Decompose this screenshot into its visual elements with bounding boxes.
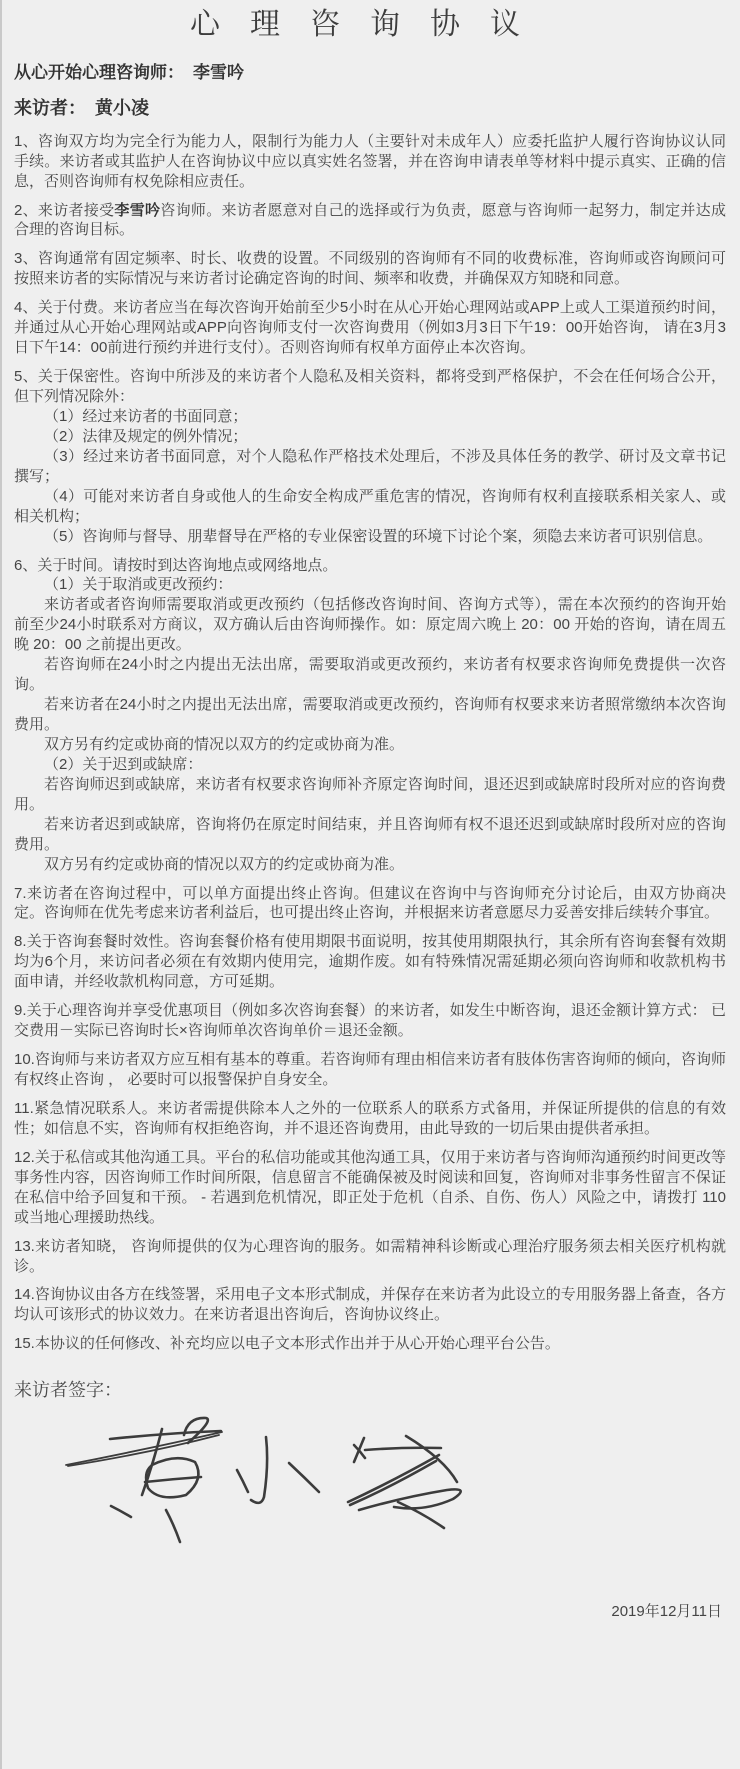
clause-6-item-2-detail-3: 双方另有约定或协商的情况以双方的约定或协商为准。 <box>14 855 726 875</box>
clause-9: 9.关于心理咨询并享受优惠项目（例如多次咨询套餐）的来访者，如发生中断咨询，退还… <box>14 1001 726 1041</box>
clause-6: 6、关于时间。请按时到达咨询地点或网络地点。 <box>14 556 726 576</box>
clause-6-item-2: （2）关于迟到或缺席： <box>14 755 726 775</box>
clause-5-item-1: （1）经过来访者的书面同意； <box>14 407 726 427</box>
counselor-name: 李雪吟 <box>193 63 244 82</box>
clause-6-item-1-detail-3: 若来访者在24小时之内提出无法出席，需要取消或更改预约，咨询师有权要求来访者照常… <box>14 695 726 735</box>
clause-2-prefix: 2、来访者接受 <box>14 202 114 219</box>
clause-6-item-1: （1）关于取消或更改预约： <box>14 575 726 595</box>
clause-6-item-1-detail-1: 来访者或者咨询师需要取消或更改预约（包括修改咨询时间、咨询方式等），需在本次预约… <box>14 595 726 655</box>
counselor-line: 从心开始心理咨询师：李雪吟 <box>14 60 726 86</box>
clause-11: 11.紧急情况联系人。来访者需提供除本人之外的一位联系人的联系方式备用，并保证所… <box>14 1099 726 1139</box>
clause-4: 4、关于付费。来访者应当在每次咨询开始前至少5小时在从心开始心理网站或APP上或… <box>14 298 726 358</box>
clause-12: 12.关于私信或其他沟通工具。平台的私信功能或其他沟通工具，仅用于来访者与咨询师… <box>14 1148 726 1228</box>
clause-14: 14.咨询协议由各方在线签署，采用电子文本形式制成，并保存在来访者为此设立的专用… <box>14 1285 726 1325</box>
clause-13: 13.来访者知晓， 咨询师提供的仅为心理咨询的服务。如需精神科诊断或心理治疗服务… <box>14 1237 726 1277</box>
signature-image <box>38 1409 508 1549</box>
clause-5-item-3: （3）经过来访者书面同意，对个人隐私作严格技术处理后，不涉及具体任务的教学、研讨… <box>14 447 726 487</box>
clause-15: 15.本协议的任何修改、补充均应以电子文本形式作出并于从心开始心理平台公告。 <box>14 1334 726 1354</box>
signature-date: 2019年12月11日 <box>14 1601 726 1622</box>
visitor-name: 黄小凌 <box>95 98 149 118</box>
clause-5-item-4: （4）可能对来访者自身或他人的生命安全构成严重危害的情况，咨询师有权利直接联系相… <box>14 487 726 527</box>
clause-5-item-5: （5）咨询师与督导、朋辈督导在严格的专业保密设置的环境下讨论个案，须隐去来访者可… <box>14 527 726 547</box>
clause-7: 7.来访者在咨询过程中，可以单方面提出终止咨询。但建议在咨询中与咨询师充分讨论后… <box>14 884 726 924</box>
clause-8: 8.关于咨询套餐时效性。咨询套餐价格有使用期限书面说明，按其使用期限执行，其余所… <box>14 932 726 992</box>
clause-6-item-1-detail-4: 双方另有约定或协商的情况以双方的约定或协商为准。 <box>14 735 726 755</box>
clause-1: 1、咨询双方均为完全行为能力人，限制行为能力人（主要针对未成年人）应委托监护人履… <box>14 132 726 192</box>
page-title: 心理咨询协议 <box>14 6 726 44</box>
clause-5-item-2: （2）法律及规定的例外情况； <box>14 427 726 447</box>
signature-label: 来访者签字： <box>14 1378 726 1403</box>
clause-6-item-2-detail-2: 若来访者迟到或缺席，咨询将仍在原定时间结束，并且咨询师有权不退还迟到或缺席时段所… <box>14 815 726 855</box>
clause-2: 2、来访者接受李雪吟咨询师。来访者愿意对自己的选择或行为负责，愿意与咨询师一起努… <box>14 201 726 241</box>
counselor-label: 从心开始心理咨询师： <box>14 63 184 82</box>
visitor-signature <box>38 1409 726 1549</box>
visitor-line: 来访者：黄小凌 <box>14 95 726 123</box>
clause-3: 3、咨询通常有固定频率、时长、收费的设置。不同级别的咨询师有不同的收费标准，咨询… <box>14 249 726 289</box>
clause-6-item-1-detail-2: 若咨询师在24小时之内提出无法出席，需要取消或更改预约，来访者有权要求咨询师免费… <box>14 655 726 695</box>
clause-5: 5、关于保密性。咨询中所涉及的来访者个人隐私及相关资料，都将受到严格保护，不会在… <box>14 367 726 407</box>
clause-2-counselor-name: 李雪吟 <box>114 202 160 219</box>
clause-6-item-2-detail-1: 若咨询师迟到或缺席，来访者有权要求咨询师补齐原定咨询时间，退还迟到或缺席时段所对… <box>14 775 726 815</box>
visitor-label: 来访者： <box>14 98 86 118</box>
agreement-document: 心理咨询协议 从心开始心理咨询师：李雪吟 来访者：黄小凌 1、咨询双方均为完全行… <box>0 0 740 1769</box>
clause-10: 10.咨询师与来访者双方应互相有基本的尊重。若咨询师有理由相信来访者有肢体伤害咨… <box>14 1050 726 1090</box>
